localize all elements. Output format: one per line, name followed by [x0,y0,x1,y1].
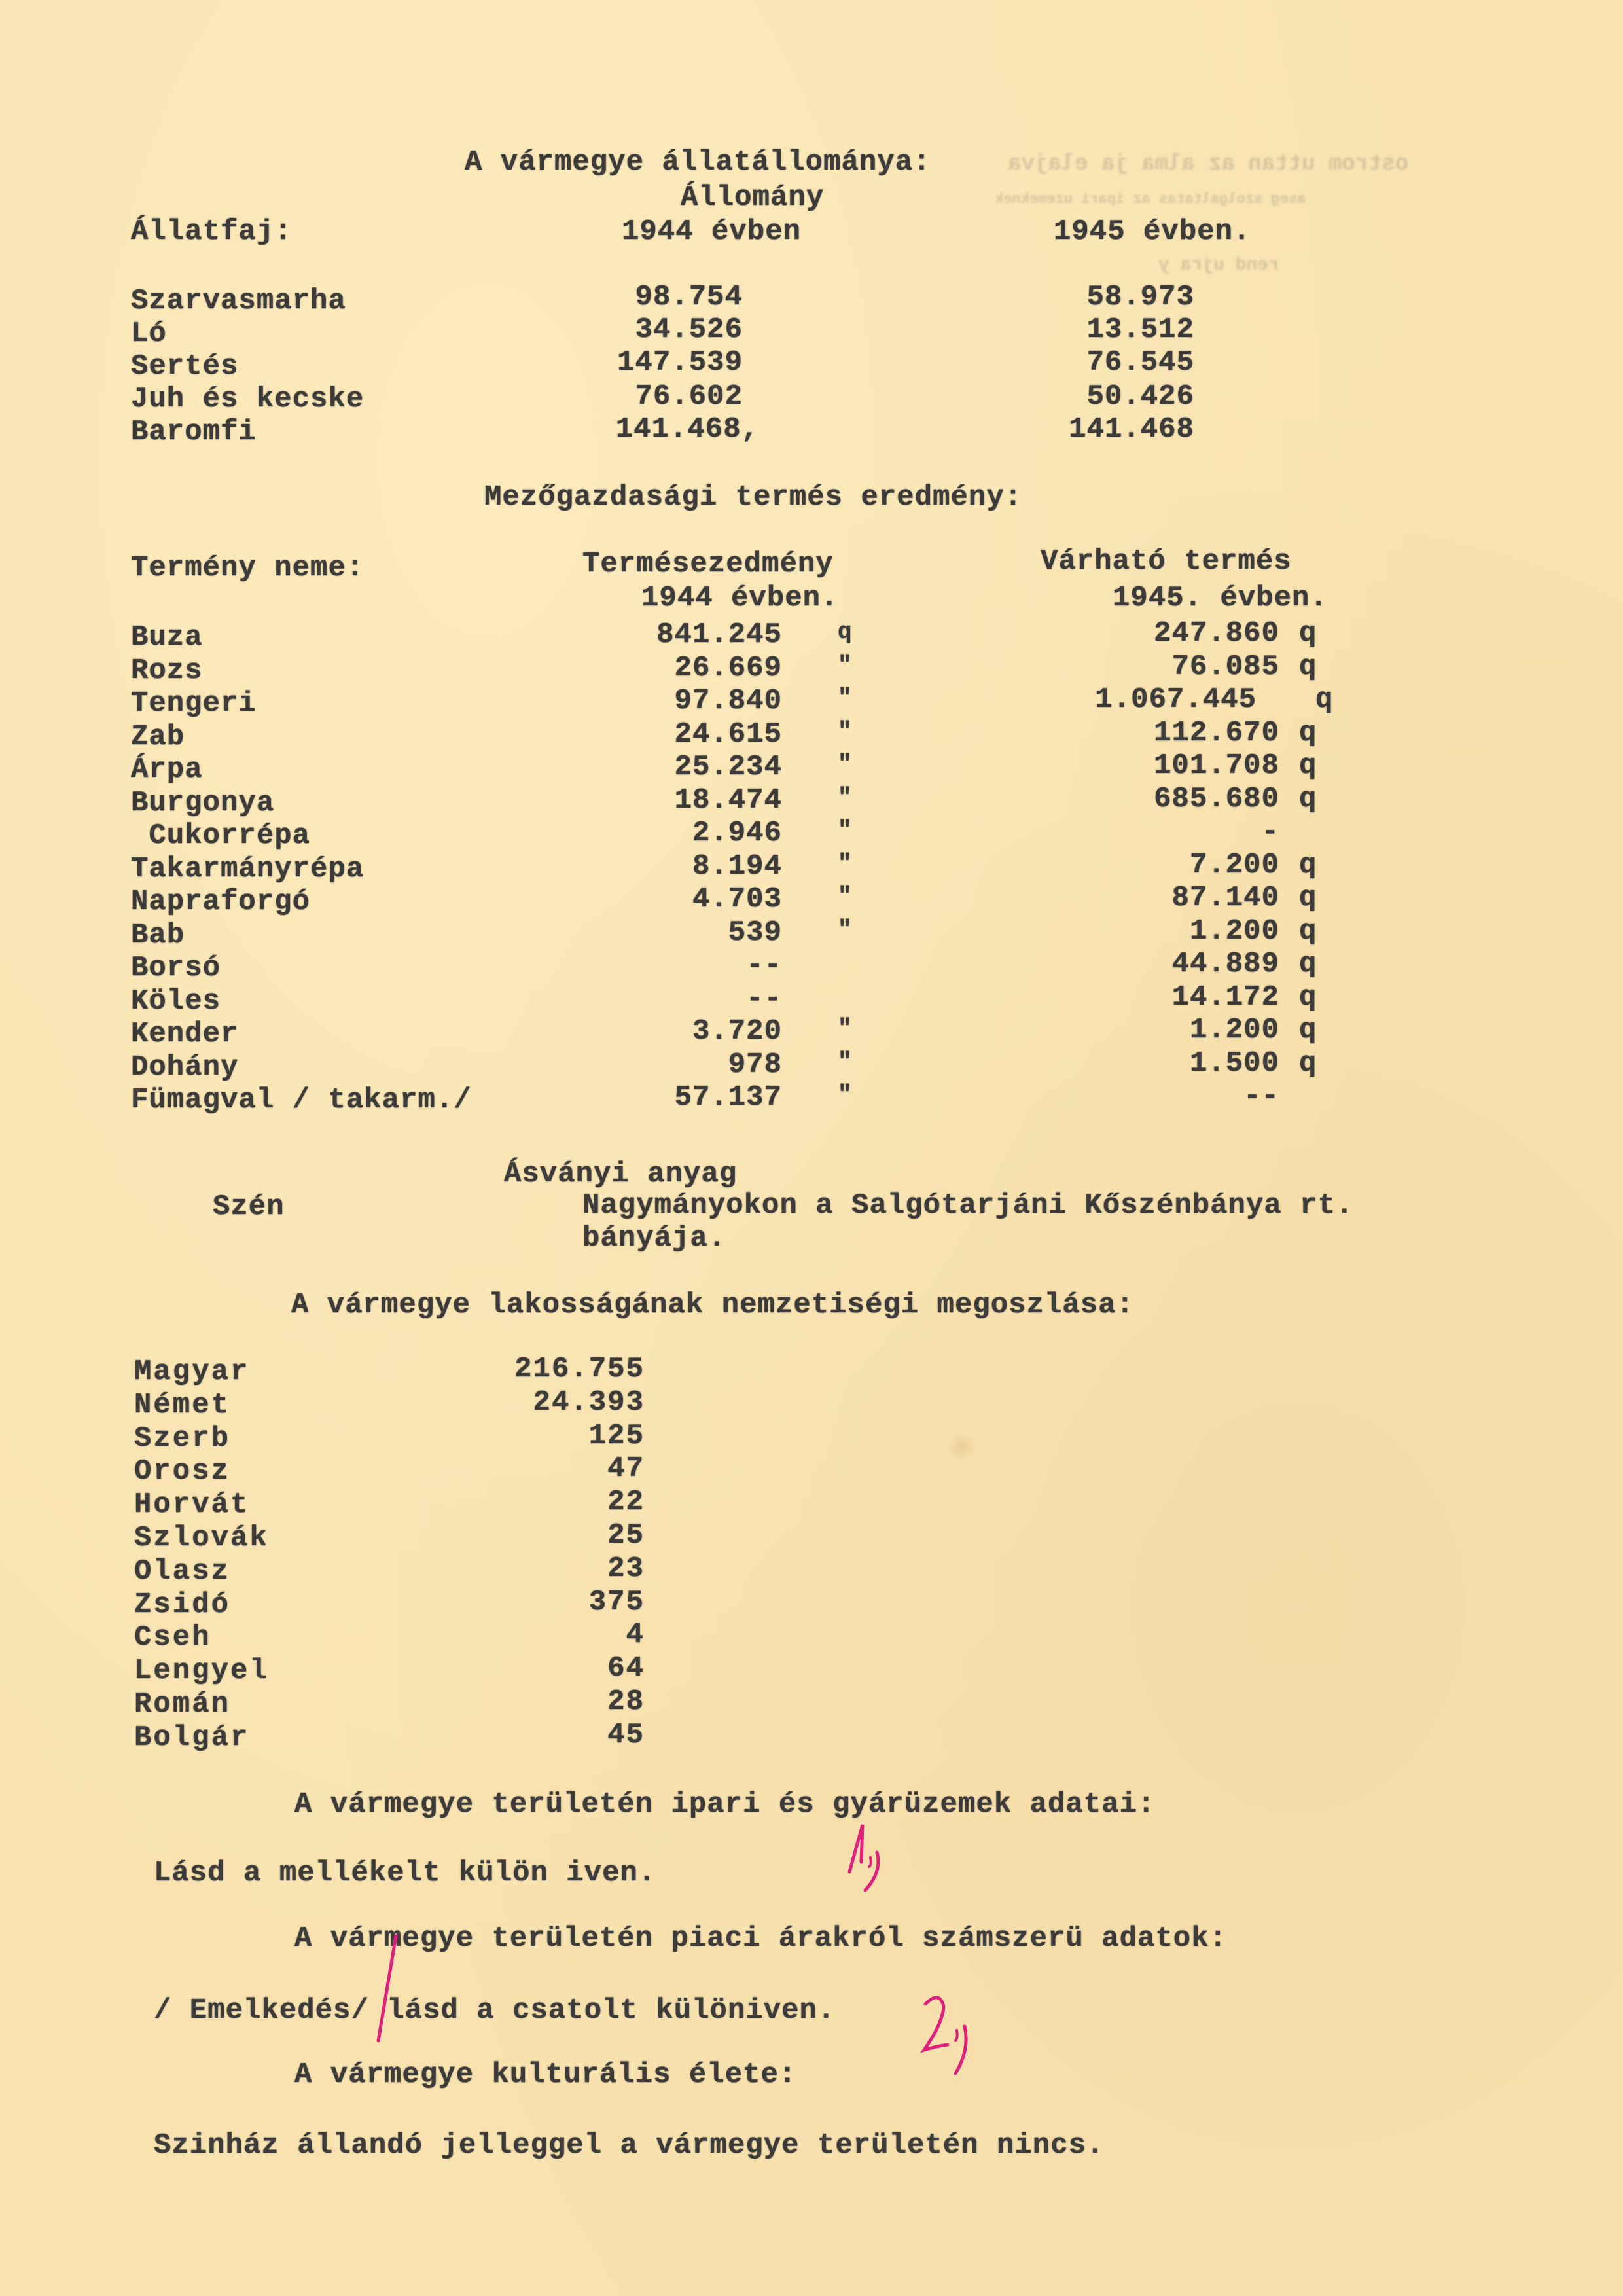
column-header-1945-line2: 1945. évben. [1113,584,1328,613]
count-1945: 50.426 [1021,382,1194,411]
nationality-name: Szerb [134,1424,230,1453]
nationality-name: Cseh [134,1623,211,1652]
yield-1945: -- [1047,1082,1279,1111]
species-name: Ló [131,319,167,348]
unit-1944: " [838,1050,853,1074]
species-name: Juh és kecske [131,385,364,414]
crop-name: Tengeri [131,689,257,718]
nationality-name: Orosz [134,1457,230,1486]
handwritten-slash-mark [366,1931,406,2049]
unit-1945: q [1299,785,1317,814]
column-group-header: Állomány [681,183,824,212]
crop-name: Fümagval / takarm./ [131,1086,472,1115]
count-1944: 141.468, [576,415,759,444]
species-name: Sertés [131,352,238,381]
yield-1944: 841.245 [589,620,782,649]
unit-1945: q [1299,1049,1317,1078]
yield-1944: -- [589,951,782,980]
column-header-crop: Termény neme: [131,554,364,583]
count-1945: 141.468 [1021,415,1194,444]
yield-1945: 14.172 [1047,983,1279,1012]
population-count: 4 [471,1621,645,1649]
unit-1945: q [1299,851,1317,880]
crop-name: Köles [131,987,221,1016]
unit-1944: q [838,620,853,644]
crop-name: Bab [131,921,185,950]
unit-1945: q [1299,751,1317,780]
column-header-1944-line2: 1944 évben. [641,584,838,613]
yield-1944: 4.703 [589,885,782,914]
unit-1944: " [838,918,853,942]
population-count: 125 [471,1422,645,1450]
unit-1944: " [838,1017,853,1041]
handwritten-annotation-2 [916,1990,995,2081]
yield-1945: 1.200 [1047,1016,1279,1045]
crop-name: Takarmányrépa [131,855,364,884]
population-count: 64 [471,1654,645,1683]
nationality-name: Német [134,1391,230,1420]
yield-1944: 3.720 [589,1017,782,1046]
unit-1944: " [838,786,853,810]
unit-1944: " [838,1083,853,1107]
count-1944: 147.539 [576,348,743,377]
yield-1944: -- [589,984,782,1013]
yield-1944: 24.615 [589,720,782,749]
crop-name: Dohány [131,1053,238,1082]
section-title: Mezőgazdasági termés eredmény: [484,483,1022,512]
yield-1945: 1.067.445 [1047,685,1257,714]
section-title: A vármegye területén ipari és gyárüzemek… [294,1790,1155,1819]
count-1944: 98.754 [576,283,743,312]
yield-1944: 539 [589,918,782,947]
industry-note: Lásd a mellékelt külön iven. [154,1859,656,1888]
unit-1944: " [838,654,853,677]
culture-note: Szinház állandó jelleggel a vármegye ter… [154,2131,1104,2160]
unit-1944: " [838,852,853,876]
count-1944: 34.526 [576,315,743,344]
population-count: 45 [471,1721,645,1749]
nationality-name: Lengyel [134,1657,269,1685]
nationality-name: Román [134,1690,230,1719]
column-header-species: Állatfaj: [131,217,293,246]
yield-1945: 76.085 [1047,653,1279,681]
unit-1945: q [1299,619,1317,648]
yield-1945: 112.670 [1047,719,1279,747]
document-page: ostrom uttan az alma ja elajva aseg szol… [0,0,1623,2296]
bleedthrough-text: rend ujra y [1158,255,1279,276]
unit-1944: " [838,687,853,710]
population-count: 25 [471,1521,645,1550]
population-count: 22 [471,1488,645,1516]
crop-name: Rozs [131,656,203,685]
nationality-name: Zsidó [134,1590,230,1619]
count-1945: 13.512 [1021,315,1194,344]
yield-1944: 18.474 [589,786,782,815]
unit-1944: " [838,720,853,744]
crop-name: Burgonya [131,789,274,817]
column-header-1944-line1: Termésezedmény [582,550,834,579]
species-name: Baromfi [131,418,257,446]
unit-1945: q [1315,685,1333,714]
yield-1944: 978 [589,1050,782,1079]
bleedthrough-text: aseg szolgaltatas az ipari uzemeknek [995,191,1306,207]
crop-name: Árpa [131,755,203,784]
population-count: 47 [471,1454,645,1483]
bleedthrough-text: ostrom uttan az alma ja elajva [1008,152,1408,177]
nationality-name: Magyar [134,1357,249,1386]
crop-name: Cukorrépa [131,821,310,850]
count-1944: 76.602 [576,382,743,411]
yield-1944: 25.234 [589,753,782,781]
column-header-1944: 1944 évben [622,217,801,246]
section-title: Ásványi anyag [504,1160,737,1189]
count-1945: 76.545 [1021,348,1194,377]
yield-1945: 1.500 [1047,1049,1279,1078]
yield-1944: 97.840 [589,687,782,715]
section-title: A vármegye állatállománya: [465,148,931,177]
unit-1945: q [1299,1016,1317,1045]
unit-1945: q [1299,653,1317,681]
population-count: 24.393 [471,1388,645,1417]
mineral-description-line1: Nagymányokon a Salgótarjáni Kőszénbánya … [582,1191,1353,1220]
nationality-name: Bolgár [134,1723,249,1752]
yield-1945: 7.200 [1047,851,1279,880]
population-count: 23 [471,1554,645,1583]
unit-1944: " [838,819,853,842]
section-title: A vármegye kulturális élete: [294,2060,796,2089]
crop-name: Kender [131,1020,238,1049]
yield-1945: 44.889 [1047,950,1279,978]
nationality-name: Horvát [134,1490,249,1519]
yield-1944: 26.669 [589,654,782,683]
population-count: 216.755 [471,1355,645,1384]
mineral-description-line2: bányája. [582,1224,726,1253]
mineral-name: Szén [213,1193,285,1221]
yield-1945: 685.680 [1047,785,1279,814]
count-1945: 58.973 [1021,283,1194,312]
yield-1945: - [1047,817,1279,846]
unit-1945: q [1299,917,1317,946]
crop-name: Borsó [131,954,221,982]
yield-1945: 247.860 [1047,619,1279,648]
yield-1944: 2.946 [589,819,782,848]
yield-1944: 8.194 [589,852,782,881]
unit-1945: q [1299,884,1317,912]
unit-1945: q [1299,719,1317,747]
unit-1944: " [838,753,853,776]
unit-1944: " [838,885,853,908]
crop-name: Zab [131,723,185,751]
column-header-1945: 1945 évben. [1054,217,1251,246]
population-count: 375 [471,1588,645,1617]
unit-1945: q [1299,950,1317,978]
yield-1945: 101.708 [1047,751,1279,780]
prices-note: / Emelkedés/ lásd a csatolt különiven. [154,1996,835,2025]
crop-name: Buza [131,623,203,652]
yield-1945: 1.200 [1047,917,1279,946]
section-title: A vármegye területén piaci árakról száms… [294,1924,1227,1953]
population-count: 28 [471,1687,645,1716]
yield-1944: 57.137 [589,1083,782,1112]
nationality-name: Szlovák [134,1524,269,1552]
yield-1945: 87.140 [1047,884,1279,912]
unit-1945: q [1299,983,1317,1012]
species-name: Szarvasmarha [131,287,346,315]
nationality-name: Olasz [134,1557,230,1586]
handwritten-annotation-1 [831,1820,903,1905]
column-header-1945-line1: Várható termés [1041,547,1292,576]
crop-name: Napraforgó [131,888,310,916]
section-title: A vármegye lakosságának nemzetiségi mego… [291,1291,1134,1319]
